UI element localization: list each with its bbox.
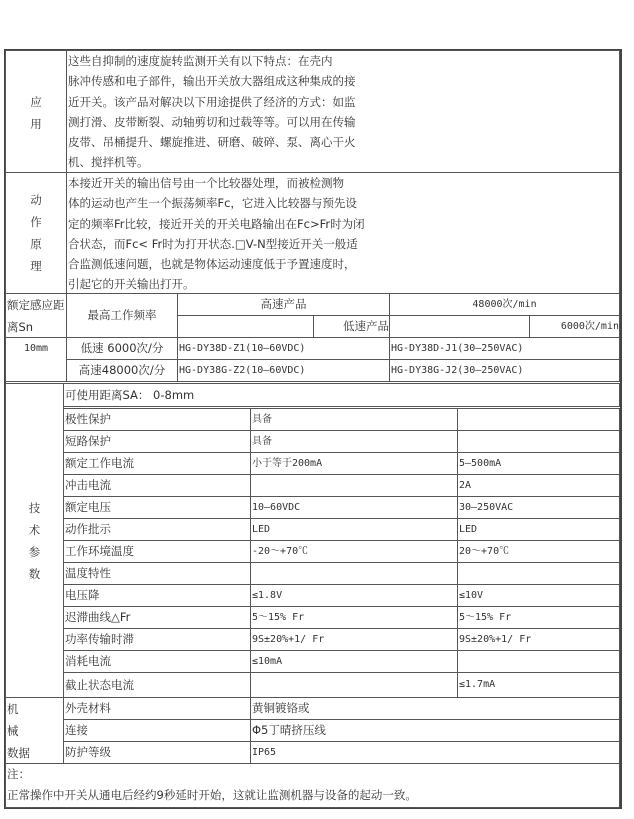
tech-param-name-cell: 额定电压 (63, 496, 251, 519)
tech-param-dc-value-cell (250, 672, 458, 698)
tech-param-name: 消耗电流 (64, 651, 250, 672)
mech-value: 黄铜镀铬或 (251, 698, 619, 719)
tech-param-name: 额定工作电流 (64, 453, 250, 474)
tech-param-dc-value-cell: 5～15% Fr (250, 606, 458, 629)
tech-param-name: 短路保护 (64, 431, 250, 452)
tech-param-name-cell: 截止状态电流 (63, 672, 251, 698)
tech-param-ac-value-cell: 5—500mA (457, 452, 620, 475)
tech-param-name-cell: 极性保护 (63, 408, 251, 431)
tech-param-ac-value-cell (457, 650, 620, 673)
mechanical-label-char: 数据 (6, 742, 63, 764)
tech-param-ac-value: LED (458, 519, 619, 540)
tech-param-name-cell: 工作环境温度 (63, 540, 251, 563)
tech-param-name: 冲击电流 (64, 475, 250, 496)
high-speed-value-cell: 48000次/min (389, 293, 620, 316)
application-line: 皮带、吊桶提升、螺旋推进、研磨、破碎、泵、离心干火 (68, 132, 619, 152)
tech-param-name-cell: 消耗电流 (63, 650, 251, 673)
application-label-cell: 应 用 (5, 50, 67, 173)
sensing-distance-label: 额定感应距 (6, 294, 66, 316)
tech-param-ac-value-cell: 5～15% Fr (457, 606, 620, 629)
empty-cell (389, 315, 530, 338)
high-speed-value: 48000次/min (390, 294, 619, 315)
application-line: 近开关。该产品对解决以下用途提供了经济的方式：如监 (68, 92, 619, 112)
principle-text-cell: 本接近开关的输出信号由一个比较器处理，而被检测物 体的运动也产生一个振荡频率Fc… (66, 172, 620, 294)
tech-param-dc-value: ≤1.8V (251, 585, 457, 606)
mech-name-cell: 连接 (63, 719, 251, 742)
tech-param-ac-value: 5—500mA (458, 453, 619, 474)
tech-param-ac-value: ≤10V (458, 585, 619, 606)
ac-model-cell: HG-DY38D-J1(30—250VAC) (389, 337, 620, 360)
tech-param-name-cell: 迟滞曲线△Fr (63, 606, 251, 629)
mech-value-cell: IP65 (250, 741, 620, 764)
tech-param-dc-value-cell: 具备 (250, 408, 458, 431)
tech-param-name: 极性保护 (64, 409, 250, 430)
mech-name-cell: 防护等级 (63, 741, 251, 764)
distance-value: 10mm (6, 338, 66, 359)
tech-param-ac-value-cell: ≤10V (457, 584, 620, 607)
principle-label-char: 动 (6, 189, 66, 211)
tech-param-ac-value: 30—250VAC (458, 497, 619, 518)
mech-value: IP65 (251, 742, 619, 763)
tech-param-name: 迟滞曲线△Fr (64, 607, 250, 628)
tech-param-ac-value: ≤1.7mA (458, 673, 619, 697)
tech-param-dc-value: -20～+70℃ (251, 541, 457, 562)
application-label-char: 用 (6, 113, 66, 135)
tech-param-name: 额定电压 (64, 497, 250, 518)
tech-param-dc-value: 10—60VDC (251, 497, 457, 518)
tech-param-name: 温度特性 (64, 563, 250, 584)
dc-model: HG-DY38D-Z1(10—60VDC) (178, 338, 389, 359)
tech-param-dc-value-cell: 小于等于200mA (250, 452, 458, 475)
tech-param-ac-value-cell: 30—250VAC (457, 496, 620, 519)
tech-param-ac-value-cell (457, 408, 620, 431)
ac-model-cell: HG-DY38G-J2(30—250VAC) (389, 359, 620, 382)
tech-param-name: 电压降 (64, 585, 250, 606)
usable-distance-cell: 可使用距离SA： 0-8mm (63, 383, 620, 407)
tech-param-dc-value: 5～15% Fr (251, 607, 457, 628)
tech-label-char: 数 (6, 563, 63, 585)
tech-param-dc-value-cell (250, 474, 458, 497)
tech-label-cell: 技 术 参 数 (5, 383, 64, 698)
tech-param-name-cell: 温度特性 (63, 562, 251, 585)
principle-line: 本接近开关的输出信号由一个比较器处理，而被检测物 (68, 173, 619, 193)
tech-param-dc-value-cell: LED (250, 518, 458, 541)
mech-name-cell: 外壳材料 (63, 697, 251, 720)
tech-param-ac-value-cell: ≤1.7mA (457, 672, 620, 698)
tech-param-dc-value-cell: -20～+70℃ (250, 540, 458, 563)
tech-param-dc-value-cell: 9S±20%+1/ Fr (250, 628, 458, 651)
max-frequency-label: 最高工作频率 (67, 294, 177, 337)
tech-param-dc-value-cell (250, 562, 458, 585)
principle-line: 合状态，而Fc< Fr时为打开状态.□V-N型接近开关一般适 (68, 234, 619, 254)
tech-param-ac-value-cell: 20～+70℃ (457, 540, 620, 563)
note-text: 正常操作中开关从通电后经约9秒延时开始，这就让监测机器与设备的起动一致。 (6, 785, 619, 806)
sensing-distance-label-cell: 额定感应距 离Sn (5, 293, 67, 338)
application-line: 机、搅拌机等。 (68, 152, 619, 172)
low-speed-value: 6000次/min (530, 316, 619, 337)
mech-value-cell: Φ5丁晴挤压线 (250, 719, 620, 742)
principle-label-char: 作 (6, 211, 66, 233)
principle-line: 定的频率Fr比较，接近开关的开关电路输出在Fc>Fr时为闭 (68, 214, 619, 234)
tech-label-char: 参 (6, 541, 63, 563)
max-frequency-label-cell: 最高工作频率 (66, 293, 178, 338)
application-label-char: 应 (6, 91, 66, 113)
mech-name: 防护等级 (64, 742, 250, 763)
high-speed-label-cell: 高速产品 (177, 293, 390, 316)
tech-param-name: 截止状态电流 (64, 673, 250, 697)
tech-param-name-cell: 冲击电流 (63, 474, 251, 497)
mech-name: 连接 (64, 720, 250, 741)
low-speed-value-cell: 6000次/min (529, 315, 620, 338)
tech-param-name-cell: 额定工作电流 (63, 452, 251, 475)
high-speed-label: 高速产品 (178, 294, 389, 315)
tech-param-dc-value: 9S±20%+1/ Fr (251, 629, 457, 650)
application-text-cell: 这些自抑制的速度旋转监测开关有以下特点：在壳内 脉冲传感和电子部件，输出开关放大… (66, 50, 620, 173)
tech-param-dc-value-cell: ≤10mA (250, 650, 458, 673)
tech-param-ac-value-cell: LED (457, 518, 620, 541)
tech-param-name: 工作环境温度 (64, 541, 250, 562)
tech-param-dc-value: 具备 (251, 409, 457, 430)
tech-param-ac-value-cell: 2A (457, 474, 620, 497)
application-line: 测打滑、皮带断裂、动轴剪切和过载等等。可以用在传输 (68, 112, 619, 132)
tech-param-ac-value-cell (457, 562, 620, 585)
mechanical-label-char: 机 (6, 698, 63, 720)
speed-label: 高速48000次/分 (67, 360, 177, 381)
tech-param-ac-value: 9S±20%+1/ Fr (458, 629, 619, 650)
distance-cell: 10mm (5, 337, 67, 382)
tech-param-name-cell: 功率传输时滞 (63, 628, 251, 651)
principle-label-char: 原 (6, 233, 66, 255)
tech-param-name-cell: 短路保护 (63, 430, 251, 453)
mech-value-cell: 黄铜镀铬或 (250, 697, 620, 720)
tech-param-name: 功率传输时滞 (64, 629, 250, 650)
ac-model: HG-DY38D-J1(30—250VAC) (390, 338, 619, 359)
low-speed-label-cell: 低速产品 (313, 315, 390, 338)
tech-param-dc-value: ≤10mA (251, 651, 457, 672)
principle-label-cell: 动 作 原 理 (5, 172, 67, 294)
tech-label-char: 术 (6, 519, 63, 541)
tech-param-dc-value: 具备 (251, 431, 457, 452)
tech-param-name-cell: 动作批示 (63, 518, 251, 541)
tech-param-ac-value: 2A (458, 475, 619, 496)
ac-model: HG-DY38G-J2(30—250VAC) (390, 360, 619, 381)
principle-line: 体的运动也产生一个振荡频率Fc，它进入比较器与预先设 (68, 193, 619, 213)
sensing-distance-label-cont: 离Sn (6, 316, 66, 338)
tech-label-char: 技 (6, 497, 63, 519)
tech-param-dc-value-cell: 具备 (250, 430, 458, 453)
tech-param-name: 动作批示 (64, 519, 250, 540)
dc-model: HG-DY38G-Z2(10—60VDC) (178, 360, 389, 381)
dc-model-cell: HG-DY38D-Z1(10—60VDC) (177, 337, 390, 360)
tech-param-dc-value-cell: 10—60VDC (250, 496, 458, 519)
tech-param-ac-value: 20～+70℃ (458, 541, 619, 562)
mechanical-label-char: 械 (6, 720, 63, 742)
tech-param-ac-value-cell (457, 430, 620, 453)
mechanical-label-cell: 机 械 数据 (5, 697, 64, 764)
application-line: 这些自抑制的速度旋转监测开关有以下特点：在壳内 (68, 51, 619, 71)
mech-value: Φ5丁晴挤压线 (251, 720, 619, 741)
principle-line: 合监测低速问题，也就是物体运动速度低于予置速度时， (68, 254, 619, 274)
speed-cell: 高速48000次/分 (66, 359, 178, 382)
dc-model-cell: HG-DY38G-Z2(10—60VDC) (177, 359, 390, 382)
low-speed-label: 低速产品 (314, 316, 389, 337)
note-title: 注： (6, 764, 619, 785)
tech-param-dc-value: LED (251, 519, 457, 540)
application-line: 脉冲传感和电子部件，输出开关放大器组成这种集成的接 (68, 71, 619, 91)
tech-param-ac-value: 5～15% Fr (458, 607, 619, 628)
principle-label-char: 理 (6, 255, 66, 277)
note-cell: 注： 正常操作中开关从通电后经约9秒延时开始，这就让监测机器与设备的起动一致。 (5, 763, 620, 808)
speed-label: 低速 6000次/分 (67, 338, 177, 359)
speed-cell: 低速 6000次/分 (66, 337, 178, 360)
principle-line: 引起它的开关输出打开。 (68, 274, 619, 294)
tech-param-ac-value-cell: 9S±20%+1/ Fr (457, 628, 620, 651)
tech-param-dc-value: 小于等于200mA (251, 453, 457, 474)
empty-cell (177, 315, 314, 338)
usable-distance: 可使用距离SA： 0-8mm (64, 384, 619, 406)
mech-name: 外壳材料 (64, 698, 250, 719)
tech-param-name-cell: 电压降 (63, 584, 251, 607)
tech-param-dc-value-cell: ≤1.8V (250, 584, 458, 607)
